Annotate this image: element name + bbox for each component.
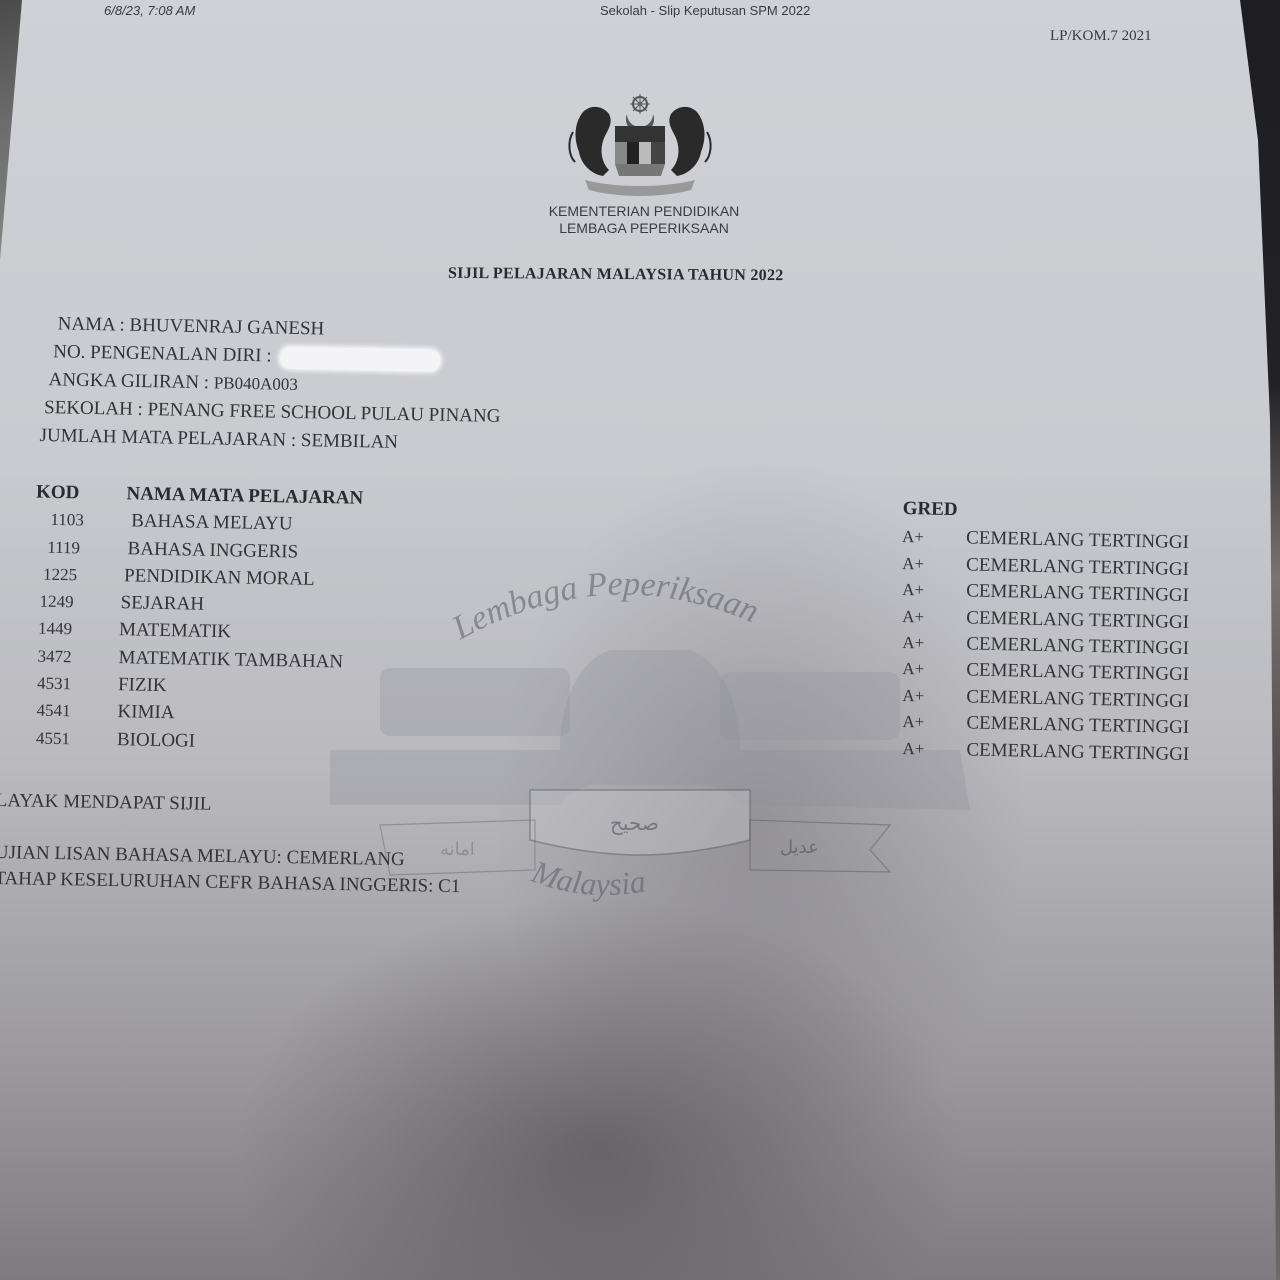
subject-code: 4531 (4, 669, 105, 698)
school-label: SEKOLAH : (44, 397, 143, 420)
watermark-ribbon-right: عديل (780, 837, 819, 858)
grade-value: A+ (902, 577, 967, 605)
subject-name: PENDIDIKAN MORAL (124, 565, 315, 590)
grade-list: GRED A+CEMERLANG TERTINGGIA+CEMERLANG TE… (897, 496, 1194, 768)
grade-value: A+ (902, 551, 967, 579)
watermark-bottom-text: Malaysia (527, 853, 648, 902)
subject-code: 1225 (10, 560, 111, 589)
id-label: NO. PENGENALAN DIRI : (53, 341, 272, 366)
watermark-ribbon-center: صحيح (610, 811, 659, 835)
subject-column-header: NAMA MATA PELAJARAN (126, 483, 363, 509)
candidate-name: BHUVENRAJ GANESH (129, 315, 324, 340)
form-code: LP/KOM.7 2021 (1050, 28, 1152, 45)
subject-code: 3472 (4, 642, 105, 671)
subject-code: 1449 (5, 614, 106, 643)
subject-code: 1249 (6, 587, 107, 616)
subject-name: KIMIA (117, 702, 174, 724)
subject-name: MATEMATIK TAMBAHAN (118, 647, 343, 672)
subject-row: 4551BIOLOGI (3, 724, 359, 758)
subject-code: 4551 (3, 724, 104, 753)
grade-description: CEMERLANG TERTINGGI (966, 528, 1189, 554)
certificate-title: SIJIL PELAJARAN MALAYSIA TAHUN 2022 (448, 265, 784, 285)
issuer-block: KEMENTERIAN PENDIDIKAN LEMBAGA PEPERIKSA… (534, 203, 754, 237)
grade-description: CEMERLANG TERTINGGI (966, 581, 1189, 607)
grade-value: A+ (902, 736, 967, 764)
grade-description: CEMERLANG TERTINGGI (966, 633, 1189, 659)
print-datetime: 6/8/23, 7:08 AM (104, 3, 195, 18)
grade-description: CEMERLANG TERTINGGI (966, 739, 1189, 765)
subject-name: SEJARAH (120, 592, 204, 615)
subject-code: 1119 (13, 533, 114, 562)
issuer-board: LEMBAGA PEPERIKSAAN (534, 220, 754, 237)
name-label: NAMA : (58, 313, 125, 335)
grade-value: A+ (902, 524, 967, 552)
grade-value: A+ (902, 683, 967, 711)
subject-name: BAHASA INGGERIS (127, 538, 298, 562)
grade-description: CEMERLANG TERTINGGI (966, 554, 1189, 580)
grade-row: A+CEMERLANG TERTINGGI (897, 736, 1189, 769)
grade-value: A+ (902, 604, 967, 632)
grade-value: A+ (902, 630, 967, 658)
subject-count: SEMBILAN (301, 430, 399, 453)
index-number: PB040A003 (214, 373, 298, 394)
grade-description: CEMERLANG TERTINGGI (966, 686, 1189, 712)
subject-name: MATEMATIK (119, 620, 231, 643)
subject-name: BAHASA MELAYU (131, 511, 293, 535)
print-page-title: Sekolah - Slip Keputusan SPM 2022 (600, 3, 810, 18)
index-label: ANGKA GILIRAN : (48, 369, 209, 393)
result-slip: 6/8/23, 7:08 AM Sekolah - Slip Keputusan… (0, 0, 1280, 1280)
school-name: PENANG FREE SCHOOL PULAU PINANG (147, 399, 500, 427)
issuer-ministry: KEMENTERIAN PENDIDIKAN (534, 203, 754, 220)
candidate-details: NAMA : BHUVENRAJ GANESH NO. PENGENALAN D… (37, 310, 502, 459)
grade-description: CEMERLANG TERTINGGI (966, 607, 1189, 633)
result-remarks: LAYAK MENDAPAT SIJIL UJIAN LISAN BAHASA … (0, 788, 462, 900)
photo-scene: 6/8/23, 7:08 AM Sekolah - Slip Keputusan… (0, 0, 1280, 1280)
grade-column-header: GRED (902, 496, 1194, 529)
redacted-id (280, 346, 440, 371)
grade-value: A+ (902, 709, 967, 737)
grade-description: CEMERLANG TERTINGGI (966, 660, 1189, 686)
grade-description: CEMERLANG TERTINGGI (966, 713, 1189, 739)
code-column-header: KOD (7, 478, 108, 507)
subject-name: FIZIK (118, 674, 167, 696)
subject-list: KOD NAMA MATA PELAJARAN 1103BAHASA MELAY… (3, 478, 364, 758)
grade-value: A+ (902, 656, 967, 684)
subject-code: 4541 (3, 696, 104, 725)
subject-code: 1103 (17, 505, 118, 534)
subject-name: BIOLOGI (117, 729, 195, 751)
malaysia-coat-of-arms-icon (565, 92, 715, 202)
subject-count-label: JUMLAH MATA PELAJARAN : (39, 425, 296, 451)
watermark-top-text: Lembaga Peperiksaan (446, 565, 764, 647)
